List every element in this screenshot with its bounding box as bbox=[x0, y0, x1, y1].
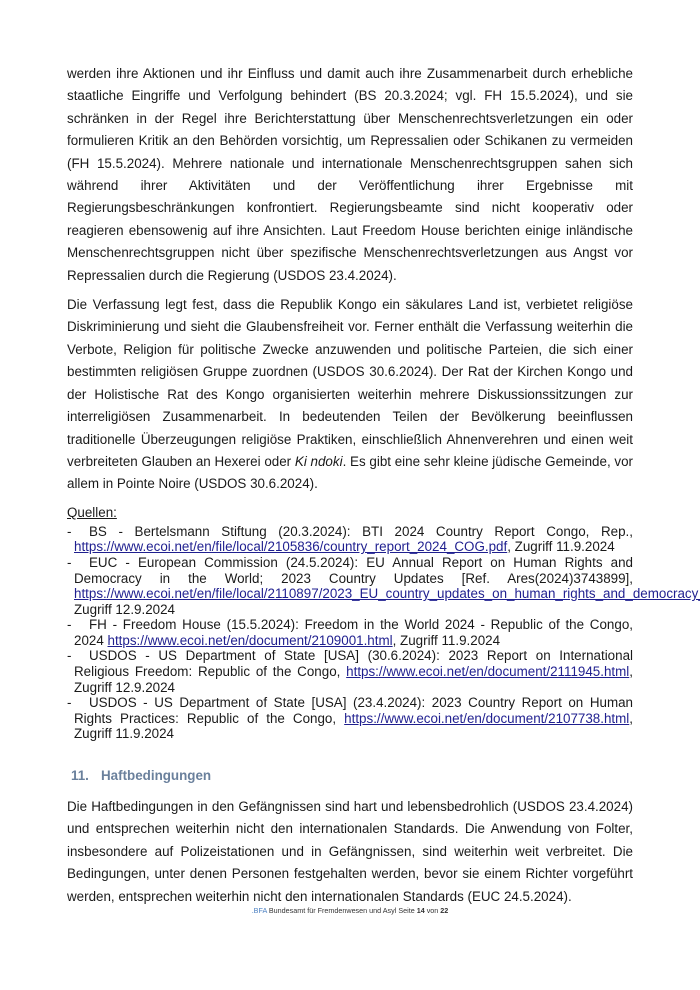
source-item: -USDOS - US Department of State [USA] (2… bbox=[67, 695, 633, 742]
footer-org: Bundesamt für Fremdenwesen und Asyl Seit… bbox=[267, 906, 417, 915]
list-dash: - bbox=[67, 555, 89, 571]
paragraph-religion-text-1: Die Verfassung legt fest, dass die Repub… bbox=[67, 297, 633, 469]
source-link[interactable]: https://www.ecoi.net/en/document/2111945… bbox=[346, 664, 629, 679]
source-access-date: , Zugriff 11.9.2024 bbox=[393, 633, 500, 648]
source-link[interactable]: https://www.ecoi.net/en/file/local/21058… bbox=[74, 539, 507, 554]
source-link[interactable]: https://www.ecoi.net/en/file/local/21108… bbox=[74, 586, 700, 601]
section-number: 11. bbox=[71, 767, 101, 785]
list-dash: - bbox=[67, 617, 89, 633]
source-link[interactable]: https://www.ecoi.net/en/document/2109001… bbox=[108, 633, 393, 648]
source-text: BS - Bertelsmann Stiftung (20.3.2024): B… bbox=[89, 524, 633, 539]
list-dash: - bbox=[67, 524, 89, 540]
source-item: -EUC - European Commission (24.5.2024): … bbox=[67, 555, 633, 617]
source-link[interactable]: https://www.ecoi.net/en/document/2107738… bbox=[344, 711, 629, 726]
footer-of: von bbox=[425, 906, 441, 915]
source-text: EUC - European Commission (24.5.2024): E… bbox=[74, 555, 633, 586]
list-dash: - bbox=[67, 695, 89, 711]
page-footer: .BFA Bundesamt für Fremdenwesen und Asyl… bbox=[0, 906, 700, 915]
source-access-date: , Zugriff 11.9.2024 bbox=[507, 539, 614, 554]
section-heading: 11.Haftbedingungen bbox=[71, 767, 633, 785]
document-page: werden ihre Aktionen und ihr Einfluss un… bbox=[67, 63, 633, 915]
sources-title: Quellen: bbox=[67, 504, 633, 522]
list-dash: - bbox=[67, 648, 89, 664]
source-item: -BS - Bertelsmann Stiftung (20.3.2024): … bbox=[67, 524, 633, 555]
source-item: -FH - Freedom House (15.5.2024): Freedom… bbox=[67, 617, 633, 648]
term-ki-ndoki: Ki ndoki bbox=[295, 454, 343, 469]
paragraph-ngo-restrictions: werden ihre Aktionen und ihr Einfluss un… bbox=[67, 63, 633, 287]
footer-total-pages: 22 bbox=[440, 906, 448, 915]
section-title: Haftbedingungen bbox=[101, 768, 211, 783]
paragraph-religion: Die Verfassung legt fest, dass die Repub… bbox=[67, 294, 633, 496]
source-item: -USDOS - US Department of State [USA] (3… bbox=[67, 648, 633, 695]
sources-block: Quellen: -BS - Bertelsmann Stiftung (20.… bbox=[67, 504, 633, 742]
footer-page-number: 14 bbox=[417, 906, 425, 915]
sources-list: -BS - Bertelsmann Stiftung (20.3.2024): … bbox=[67, 524, 633, 742]
bfa-logo: .BFA bbox=[252, 906, 267, 915]
paragraph-detention: Die Haftbedingungen in den Gefängnissen … bbox=[67, 796, 633, 908]
